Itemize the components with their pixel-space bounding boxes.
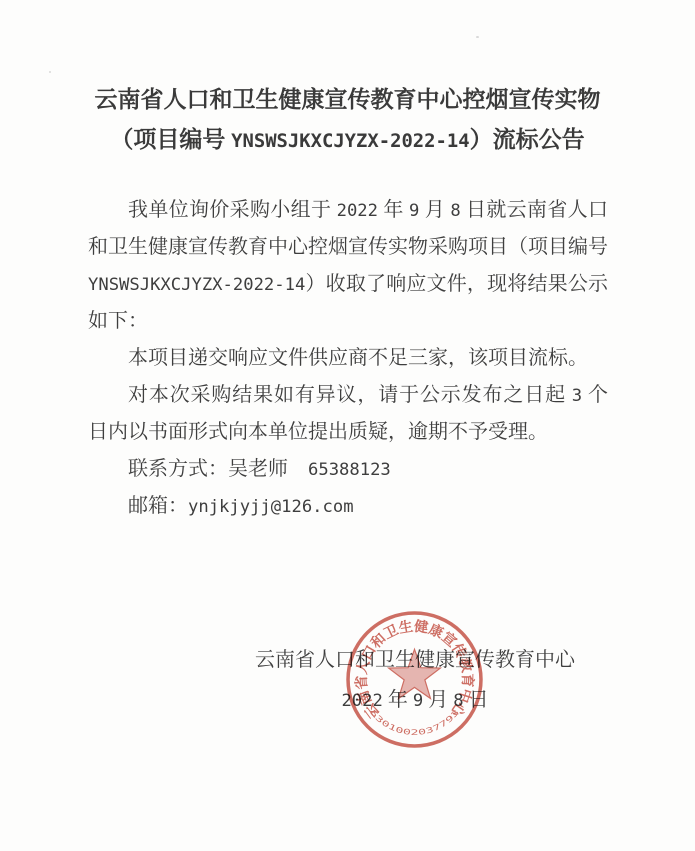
body-line: 对本次采购结果如有异议，请于公示发布之日起 3 个工作日 xyxy=(88,377,608,414)
document-body: 我单位询价采购小组于 2022 年 9 月 8 日就云南省人口 和卫生健康宣传教… xyxy=(88,192,608,525)
body-line: 日内以书面形式向本单位提出质疑，逾期不予受理。 xyxy=(88,414,608,451)
email-line: 邮箱：ynjkjyjj@126.com xyxy=(88,488,608,525)
title-line-1: 云南省人口和卫生健康宣传教育中心控烟宣传实物 xyxy=(0,80,695,120)
body-line: 本项目递交响应文件供应商不足三家，该项目流标。 xyxy=(88,340,608,377)
scan-speck xyxy=(49,71,51,73)
body-line: 我单位询价采购小组于 2022 年 9 月 8 日就云南省人口 xyxy=(88,192,608,229)
body-line: YNSWSJKXCJYZX-2022-14）收取了响应文件，现将结果公示 xyxy=(88,266,608,303)
body-line: 和卫生健康宣传教育中心控烟宣传实物采购项目（项目编号 xyxy=(88,229,608,266)
title-line-2: （项目编号 YNSWSJKXCJYZX-2022-14）流标公告 xyxy=(0,120,695,161)
document-title: 云南省人口和卫生健康宣传教育中心控烟宣传实物 （项目编号 YNSWSJKXCJY… xyxy=(0,80,695,161)
contact-line: 联系方式：吴老师 65388123 xyxy=(88,451,608,488)
official-seal: 云南省人口和卫生健康宣传教育中心 5301002037793 xyxy=(344,609,485,750)
scan-speck xyxy=(476,36,479,38)
body-line: 如下： xyxy=(88,303,608,340)
seal-star-icon xyxy=(389,649,441,698)
scanned-document-page: 云南省人口和卫生健康宣传教育中心控烟宣传实物 （项目编号 YNSWSJKXCJY… xyxy=(0,0,695,851)
